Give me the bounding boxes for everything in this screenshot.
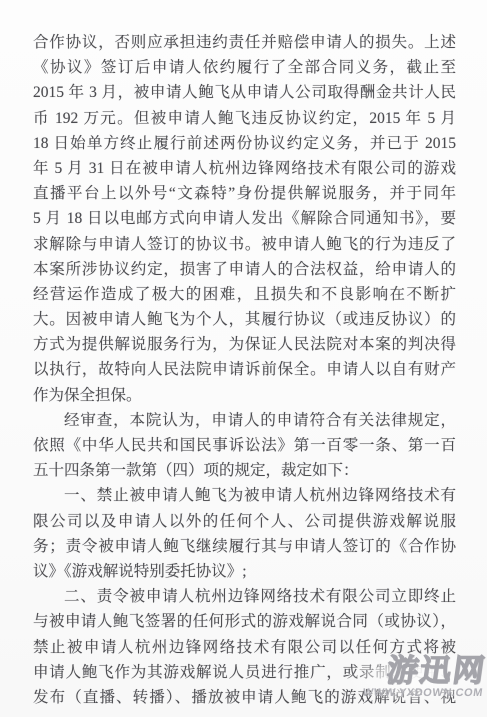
text-line: 2015 年 3 月，被申请人鲍飞从申请人公司取得酬金共计人民 (33, 80, 456, 105)
watermark-logo-text: 游迅网 (364, 655, 487, 686)
text-line: 务；责令被申请人鲍飞继续履行其与申请人签订的《合作协 (33, 534, 456, 559)
watermark-url-text: WWW.YXDOWN.COM (362, 687, 484, 699)
text-line: 大。因被申请人鲍飞为个人，其履行协议（或违反协议）的 (33, 307, 456, 332)
text-line: 限公司以及申请人以外的任何个人、公司提供游戏解说服 (33, 509, 456, 534)
text-line: 方式为提供解说服务行为，为保证人民法院对本案的判决得 (33, 332, 456, 357)
text-line: 经审查，本院认为，申请人的申请符合有关法律规定， (33, 408, 456, 433)
text-line: 作为保全担保。 (33, 383, 456, 408)
text-line: 求解除与申请人签订的协议书。被申请人鲍飞的行为违反了 (33, 232, 456, 257)
text-line: 以执行，故特向人民法院申请诉前保全。申请人以自有财产 (33, 357, 456, 382)
scanned-court-ruling-page: 合作协议，否则应承担违约责任并赔偿申请人的损失。上述 《协议》签订后申请人依约履… (0, 0, 487, 717)
text-line: 五十四条第一款第（四）项的规定，裁定如下： (33, 458, 456, 483)
text-line: 5 月 18 日以电邮方式向申请人发出《解除合同通知书》，要 (33, 206, 456, 231)
text-line: 直播平台上以外号“文森特”身份提供解说服务，并于同年 (33, 181, 456, 206)
text-line: 本案所涉协议约定，损害了申请人的合法权益，给申请人的 (33, 257, 456, 282)
text-line: 议》《游戏解说特别委托协议》; (33, 559, 456, 584)
text-line: 币 192 万元。但被申请人鲍飞违反协议约定，2015 年 5 月 (33, 106, 456, 131)
text-line: 年 5 月 31 日在被申请人杭州边锋网络技术有限公司的游戏 (33, 156, 456, 181)
watermark: 游迅网 WWW.YXDOWN.COM (347, 652, 487, 702)
text-line: 经营运作造成了极大的困难，且损失和不良影响在不断扩 (33, 282, 456, 307)
text-line: 合作协议，否则应承担违约责任并赔偿申请人的损失。上述 (33, 30, 456, 55)
text-line: 一、禁止被申请人鲍飞为被申请人杭州边锋网络技术有 (33, 483, 456, 508)
text-line: 依照《中华人民共和国民事诉讼法》第一百零一条、第一百 (33, 433, 456, 458)
text-line: 与被申请人鲍飞签署的任何形式的游戏解说合同（或协议）， (33, 609, 456, 634)
text-line: 《协议》签订后申请人依约履行了全部合同义务，截止至 (33, 55, 456, 80)
text-line: 18 日始单方终止履行前述两份协议约定义务，并已于 2015 (33, 131, 456, 156)
document-body: 合作协议，否则应承担违约责任并赔偿申请人的损失。上述 《协议》签订后申请人依约履… (33, 30, 456, 710)
text-line: 二、责令被申请人杭州边锋网络技术有限公司立即终止 (33, 584, 456, 609)
